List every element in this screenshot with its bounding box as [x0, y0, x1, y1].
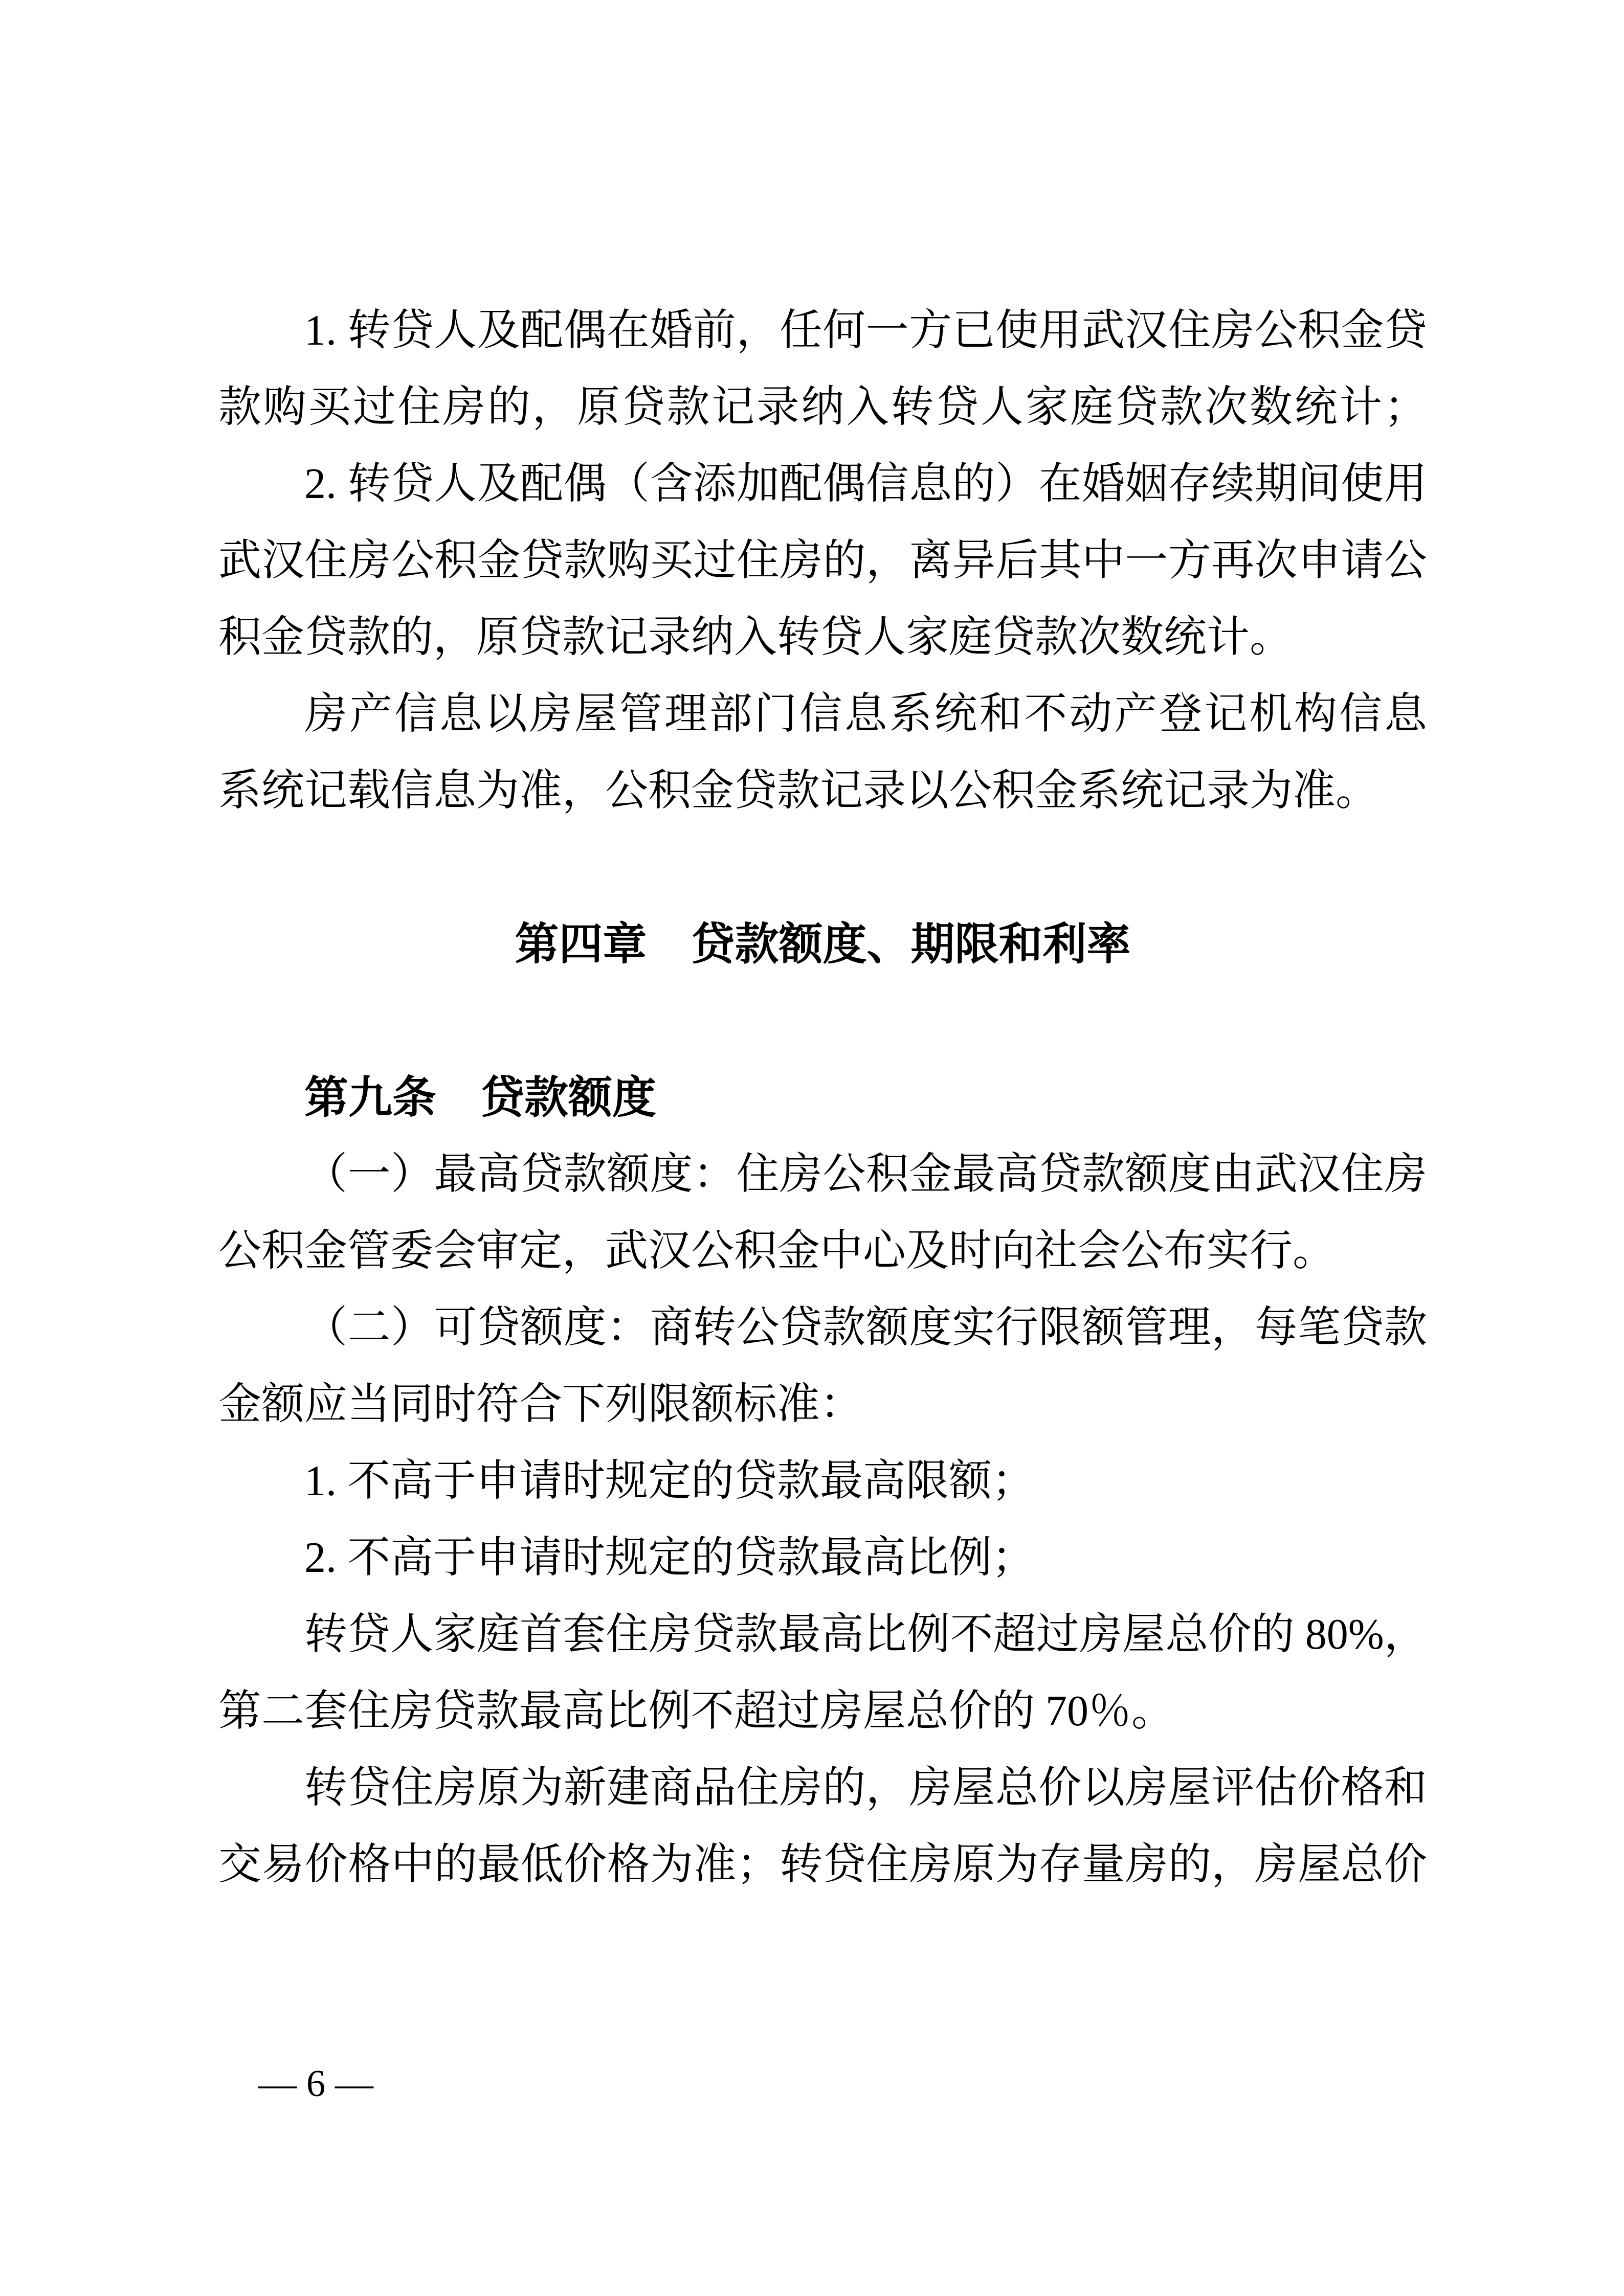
text-line: （二）可贷额度：商转公贷款额度实行限额管理，每笔贷款: [218, 1290, 1427, 1366]
page-number: — 6 —: [258, 2061, 373, 2107]
text-line: 转贷住房原为新建商品住房的，房屋总价以房屋评估价格和: [218, 1750, 1427, 1827]
document-page: 1. 转贷人及配偶在婚前，任何一方已使用武汉住房公积金贷款购买过住房的，原贷款记…: [0, 0, 1624, 2296]
text-line: 房产信息以房屋管理部门信息系统和不动产登记机构信息: [218, 676, 1427, 753]
text-line: 金额应当同时符合下列限额标准：: [218, 1366, 1427, 1443]
text-line: 第二套住房贷款最高比例不超过房屋总价的 70％。: [218, 1673, 1427, 1750]
text-line: 积金贷款的，原贷款记录纳入转贷人家庭贷款次数统计。: [218, 599, 1427, 676]
text-line: （一）最高贷款额度：住房公积金最高贷款额度由武汉住房: [218, 1136, 1427, 1213]
text-line: 1. 不高于申请时规定的贷款最高限额；: [218, 1443, 1427, 1520]
section-heading: 第九条 贷款额度: [218, 1060, 1427, 1136]
text-line: 公积金管委会审定，武汉公积金中心及时向社会公布实行。: [218, 1213, 1427, 1290]
document-content: 1. 转贷人及配偶在婚前，任何一方已使用武汉住房公积金贷款购买过住房的，原贷款记…: [218, 292, 1427, 1903]
text-line: 武汉住房公积金贷款购买过住房的，离异后其中一方再次申请公: [218, 523, 1427, 599]
text-line: 2. 转贷人及配偶（含添加配偶信息的）在婚姻存续期间使用: [218, 446, 1427, 523]
text-line: 转贷人家庭首套住房贷款最高比例不超过房屋总价的 80%，: [218, 1596, 1427, 1673]
text-line: 2. 不高于申请时规定的贷款最高比例；: [218, 1520, 1427, 1596]
text-line: 系统记载信息为准，公积金贷款记录以公积金系统记录为准。: [218, 753, 1427, 829]
blank-line: [218, 829, 1427, 906]
chapter-heading: 第四章 贷款额度、期限和利率: [218, 906, 1427, 983]
blank-line: [218, 983, 1427, 1060]
text-line: 交易价格中的最低价格为准；转贷住房原为存量房的，房屋总价: [218, 1827, 1427, 1903]
text-line: 1. 转贷人及配偶在婚前，任何一方已使用武汉住房公积金贷: [218, 292, 1427, 369]
text-line: 款购买过住房的，原贷款记录纳入转贷人家庭贷款次数统计；: [218, 369, 1427, 446]
